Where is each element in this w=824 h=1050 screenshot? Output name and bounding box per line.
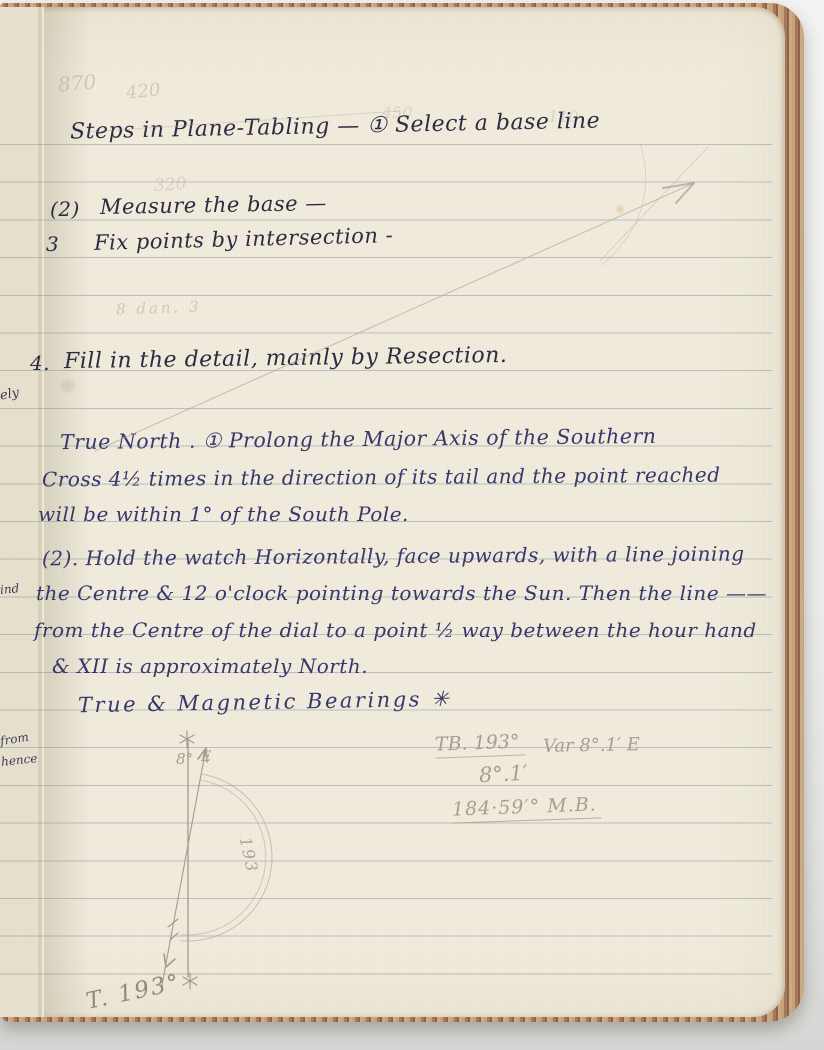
east-label: E — [200, 749, 211, 765]
star-bottom-icon — [183, 973, 197, 989]
scanned-notebook-photo: { "document": { "kind": "Scanned handwri… — [0, 0, 824, 1050]
arrowhead-bottom — [164, 954, 175, 967]
bearing-diagram: 8° E 193 T. 193° — [80, 714, 330, 1019]
true-bearing-label: T. 193° — [84, 969, 183, 1014]
star-top-icon — [180, 731, 194, 747]
declination-angle-label: 8° — [176, 750, 193, 768]
arc-bearing-label: 193 — [236, 835, 262, 875]
arrowhead — [663, 183, 694, 203]
magnetic-north-line — [162, 748, 206, 985]
notebook-page: 870 420 320 450 110 8 dan. 3 Steps in Pl… — [0, 7, 785, 1017]
tick-marks — [168, 919, 178, 940]
